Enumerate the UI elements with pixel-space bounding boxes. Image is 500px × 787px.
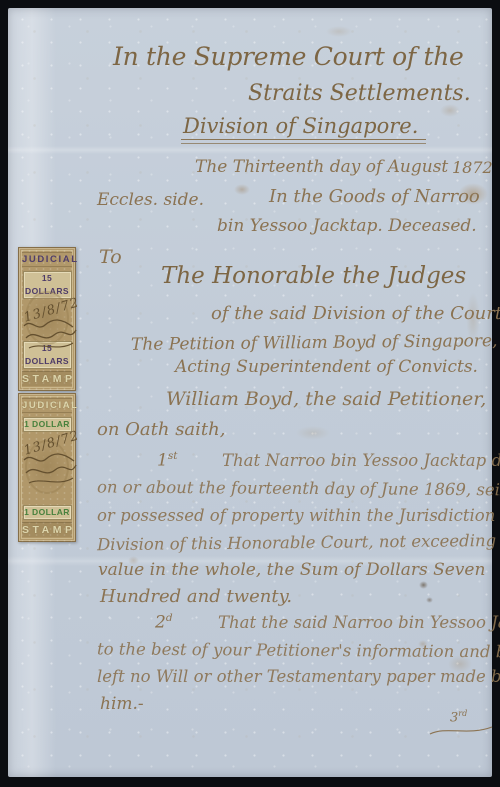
paragraph-1-line-3: or possessed of property within the Juri… [97,506,500,525]
stamp-header-label: JUDICIAL [22,252,72,267]
judicial-stamp-1-dollar: JUDICIAL 1 DOLLAR 13/8/72 1 DOLLAR STAMP [18,393,76,542]
addressee-line-2: of the said Division of the Court. [211,303,500,324]
paragraph-1-line-1: That Narroo bin Yessoo Jacktap died [222,451,500,470]
division-heading: Division of Singapore. [183,114,418,140]
paragraph-2-number-suffix: d [166,612,173,624]
paragraph-1-number-digit: 1 [157,451,168,471]
paragraph-1-number-suffix: st [168,450,178,462]
stamp-frame: JUDICIAL 15 DOLLARS 13/8/72 15 DOLLARS S… [21,250,73,388]
paragraph-2-line-3: left no Will or other Testamentary paper… [97,667,500,686]
stamp-value-top: 1 DOLLAR [23,417,72,432]
judicial-stamp-15-dollars: JUDICIAL 15 DOLLARS 13/8/72 15 DOLLARS S… [18,247,76,391]
stamp-header-label: JUDICIAL [22,398,72,413]
stamp-cancellation-signature [21,316,79,356]
oath-line-1: William Boyd, the said Petitioner, [166,388,486,410]
date-line: The Thirteenth day of August [195,157,448,177]
oath-line-2: on Oath saith, [97,419,225,440]
petition-line-1: The Petition of William Boyd of Singapor… [131,331,498,355]
petition-line-2: Acting Superintendent of Convicts. [175,357,478,377]
court-title-line-2: Straits Settlements. [248,81,471,106]
paragraph-2-line-2: to the best of your Petitioner's informa… [97,639,500,661]
side-note: Eccles. side. [97,190,204,210]
goods-line-1: In the Goods of Narroo [269,186,480,207]
paragraph-2-number-digit: 2 [155,613,166,633]
paragraph-2-closing: him.- [100,694,144,714]
court-title-line-1: In the Supreme Court of the [113,42,464,71]
to-label: To [99,246,122,268]
stamp-footer-label: STAMP [22,371,72,386]
paragraph-1-line-2: on or about the fourteenth day of June 1… [97,477,500,499]
stamp-footer-label: STAMP [22,522,72,537]
paragraph-1-line-5: value in the whole, the Sum of Dollars S… [98,560,485,580]
paragraph-2-number: 2d [155,612,173,633]
paragraph-1-line-6: Hundred and twenty. [100,586,292,607]
stamp-vignette-area: 13/8/72 [22,432,72,501]
goods-line-2: bin Yessoo Jacktap. Deceased. [217,216,477,236]
paragraph-2-line-1: That the said Narroo bin Yessoo Jacktap, [218,613,500,632]
stamp-vignette-area: 13/8/72 [22,299,72,337]
paragraph-1-number: 1st [157,450,177,471]
date-year: 1872 [452,158,493,177]
stamp-cancellation-signature [21,449,79,491]
catchword-flourish [428,722,494,738]
catchword-suffix: rd [458,709,467,718]
addressee-line-1: The Honorable the Judges [161,263,466,289]
stamp-frame: JUDICIAL 1 DOLLAR 13/8/72 1 DOLLAR STAMP [21,396,73,539]
stamp-value-bottom: 1 DOLLAR [23,505,72,520]
